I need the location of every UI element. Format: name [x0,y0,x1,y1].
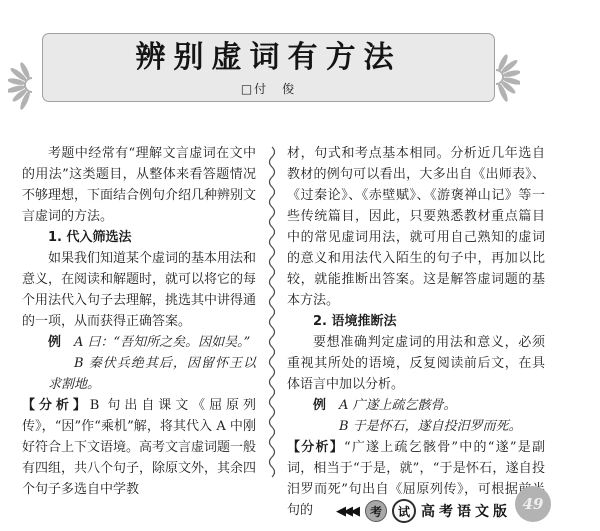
continuation-paragraph: 材，句式和考点基本相同。分析近几年选自教材的例句可以看出，大多出自《出师表》、《… [287,143,545,311]
page-number-badge: 49 [515,486,551,522]
example-sentence-b: B 于是怀石，遂自投汨罗而死。 [313,416,545,437]
article-body: 考题中经常有“理解文言虚词在文中的用法”这类题目，从整体来看答题情况不够理想，下… [22,143,578,521]
example-block: 例 A 曰：“吾知所之矣。因如吴。” B 秦伏兵绝其后，因留怀王以求割地。 [48,332,256,395]
analysis-label: 【分析】 [22,398,90,413]
analysis-paragraph: 【分析】B 句出自课文《屈原列传》，“因”作“乘机”解，将其代入 A 中刚好符合… [22,395,256,500]
example-sentence-b: B 秦伏兵绝其后，因留怀王以求割地。 [48,353,256,395]
section-heading-1: 1. 代入筛选法 [22,227,256,248]
sunburst-icon [8,46,34,124]
section-heading-2: 2. 语境推断法 [287,311,545,332]
method-paragraph: 如果我们知道某个虚词的基本用法和意义，在阅读和解题时，就可以将它的每个用法代入句… [22,248,256,332]
intro-paragraph: 考题中经常有“理解文言虚词在文中的用法”这类题目，从整体来看答题情况不够理想，下… [22,143,256,227]
shi-badge-icon: 试 [392,499,416,523]
example-label: 例 [48,332,61,353]
left-column: 考题中经常有“理解文言虚词在文中的用法”这类题目，从整体来看答题情况不够理想，下… [22,143,256,500]
page-footer: ◀◀◀ 考 试 高考语文版 49 [336,494,551,528]
footer-arrows-icon: ◀◀◀ [336,504,357,519]
example-sentence-a: A 曰：“吾知所之矣。因如吴。” [48,332,256,353]
example-block: 例 A 广遂上疏乞骸骨。 B 于是怀石，遂自投汨罗而死。 [313,395,545,437]
sunburst-icon [494,38,520,116]
analysis-label: 【分析】 [287,440,344,455]
kao-badge-icon: 考 [365,500,387,522]
example-sentence-a: A 广遂上疏乞骸骨。 [313,395,545,416]
method-paragraph: 要想准确判定虚词的用法和意义，必须重视其所处的语境，反复阅读前后文，在具体语言中… [287,332,545,395]
article-title: 辨别虚词有方法 [43,41,494,75]
author-byline: □付 俊 [43,80,494,97]
example-label: 例 [313,395,326,416]
column-divider [268,145,277,483]
right-column: 材，句式和考点基本相同。分析近几年选自教材的例句可以看出，大多出自《出师表》、《… [287,143,545,521]
sunburst-decoration-right [494,38,520,120]
title-box: 辨别虚词有方法 □付 俊 [42,33,495,102]
sunburst-decoration-left [8,46,34,128]
edition-label: 高考语文版 [421,501,511,521]
